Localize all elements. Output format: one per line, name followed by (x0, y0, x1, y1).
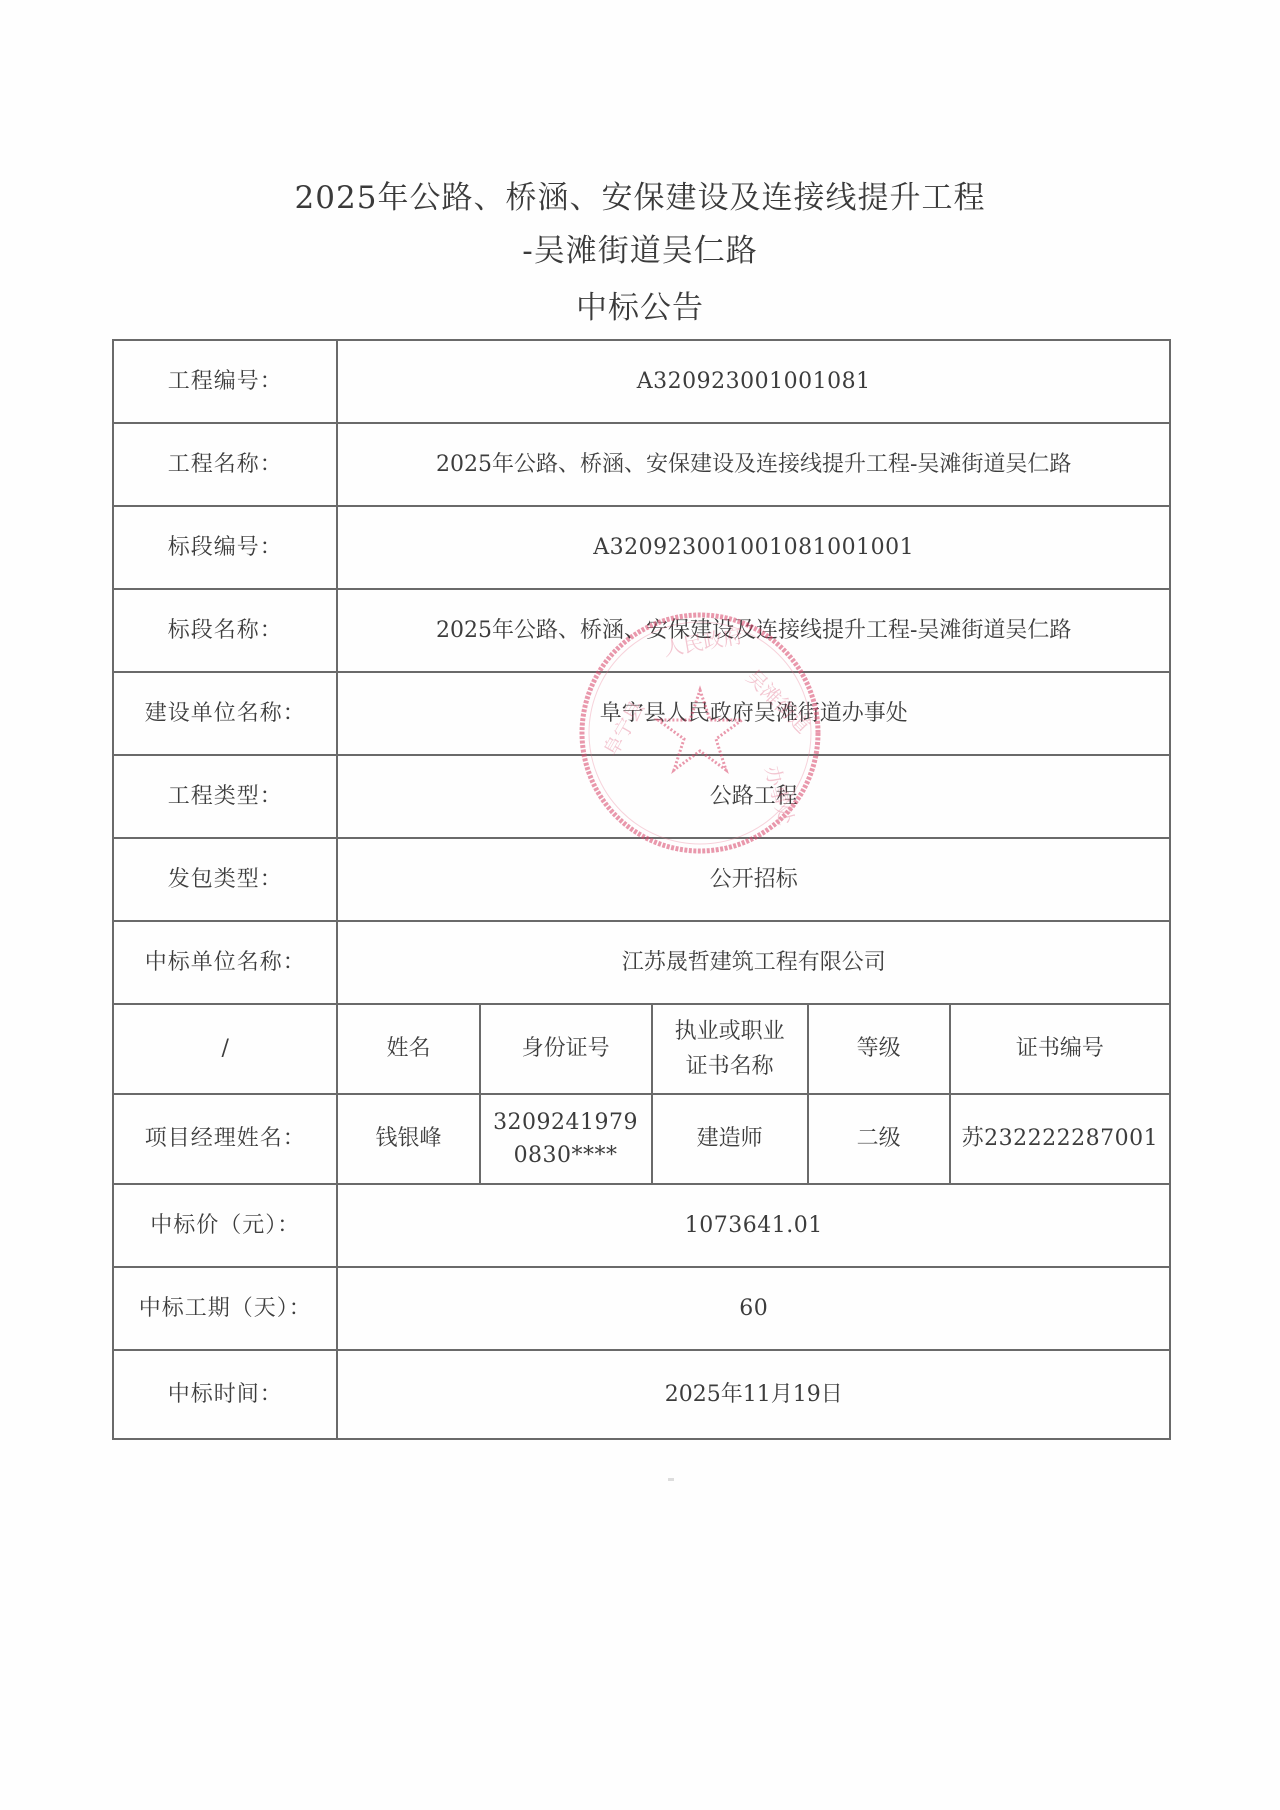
label-winning-bidder: 中标单位名称： (113, 921, 337, 1004)
label-duration: 中标工期（天）： (113, 1267, 337, 1350)
value-duration: 60 (337, 1267, 1170, 1350)
personnel-header-cert-name-text: 执业或职业证书名称 (675, 1014, 785, 1084)
row-client: 建设单位名称： 阜宁县人民政府吴滩街道办事处 (113, 672, 1170, 755)
personnel-header-corner: / (113, 1004, 337, 1094)
value-section-number: A320923001001081001001 (337, 506, 1170, 589)
value-section-name: 2025年公路、桥涵、安保建设及连接线提升工程-吴滩街道吴仁路 (337, 589, 1170, 672)
label-client: 建设单位名称： (113, 672, 337, 755)
label-section-name: 标段名称： (113, 589, 337, 672)
personnel-header-id: 身份证号 (480, 1004, 652, 1094)
row-bid-price: 中标价（元）： 1073641.01 (113, 1184, 1170, 1267)
label-project-name: 工程名称： (113, 423, 337, 506)
value-manager-id-text: 32092419790830**** (493, 1106, 638, 1172)
value-manager-id: 32092419790830**** (480, 1094, 652, 1184)
value-contract-type: 公开招标 (337, 838, 1170, 921)
row-project-manager: 项目经理姓名： 钱银峰 32092419790830**** 建造师 二级 苏2… (113, 1094, 1170, 1184)
label-project-manager: 项目经理姓名： (113, 1094, 337, 1184)
document-title-line1: 2025年公路、桥涵、安保建设及连接线提升工程 (0, 172, 1280, 217)
row-duration: 中标工期（天）： 60 (113, 1267, 1170, 1350)
label-bid-price: 中标价（元）： (113, 1184, 337, 1267)
label-project-type: 工程类型： (113, 755, 337, 838)
row-project-name: 工程名称： 2025年公路、桥涵、安保建设及连接线提升工程-吴滩街道吴仁路 (113, 423, 1170, 506)
value-client: 阜宁县人民政府吴滩街道办事处 (337, 672, 1170, 755)
document-title-notice: 中标公告 (0, 282, 1280, 327)
label-project-number: 工程编号： (113, 340, 337, 423)
row-project-number: 工程编号： A320923001001081 (113, 340, 1170, 423)
value-project-name: 2025年公路、桥涵、安保建设及连接线提升工程-吴滩街道吴仁路 (337, 423, 1170, 506)
row-contract-type: 发包类型： 公开招标 (113, 838, 1170, 921)
row-section-number: 标段编号： A320923001001081001001 (113, 506, 1170, 589)
label-section-number: 标段编号： (113, 506, 337, 589)
label-contract-type: 发包类型： (113, 838, 337, 921)
document-page: 2025年公路、桥涵、安保建设及连接线提升工程 -吴滩街道吴仁路 中标公告 工程… (0, 0, 1280, 1810)
value-winning-bidder: 江苏晟哲建筑工程有限公司 (337, 921, 1170, 1004)
document-title-line2: -吴滩街道吴仁路 (0, 225, 1280, 270)
value-manager-cert-number: 苏232222287001 (950, 1094, 1170, 1184)
row-section-name: 标段名称： 2025年公路、桥涵、安保建设及连接线提升工程-吴滩街道吴仁路 (113, 589, 1170, 672)
row-award-date: 中标时间： 2025年11月19日 (113, 1350, 1170, 1439)
row-personnel-header: / 姓名 身份证号 执业或职业证书名称 等级 证书编号 (113, 1004, 1170, 1094)
personnel-header-cert-name: 执业或职业证书名称 (652, 1004, 808, 1094)
personnel-header-cert-number: 证书编号 (950, 1004, 1170, 1094)
value-project-type: 公路工程 (337, 755, 1170, 838)
value-manager-grade: 二级 (808, 1094, 950, 1184)
value-project-number: A320923001001081 (337, 340, 1170, 423)
award-notice-table: 工程编号： A320923001001081 工程名称： 2025年公路、桥涵、… (112, 339, 1171, 1440)
personnel-header-name: 姓名 (337, 1004, 479, 1094)
personnel-header-grade: 等级 (808, 1004, 950, 1094)
label-award-date: 中标时间： (113, 1350, 337, 1439)
scan-artifact (668, 1478, 674, 1481)
row-project-type: 工程类型： 公路工程 (113, 755, 1170, 838)
row-winning-bidder: 中标单位名称： 江苏晟哲建筑工程有限公司 (113, 921, 1170, 1004)
value-manager-cert-name: 建造师 (652, 1094, 808, 1184)
value-manager-name: 钱银峰 (337, 1094, 479, 1184)
value-bid-price: 1073641.01 (337, 1184, 1170, 1267)
value-award-date: 2025年11月19日 (337, 1350, 1170, 1439)
